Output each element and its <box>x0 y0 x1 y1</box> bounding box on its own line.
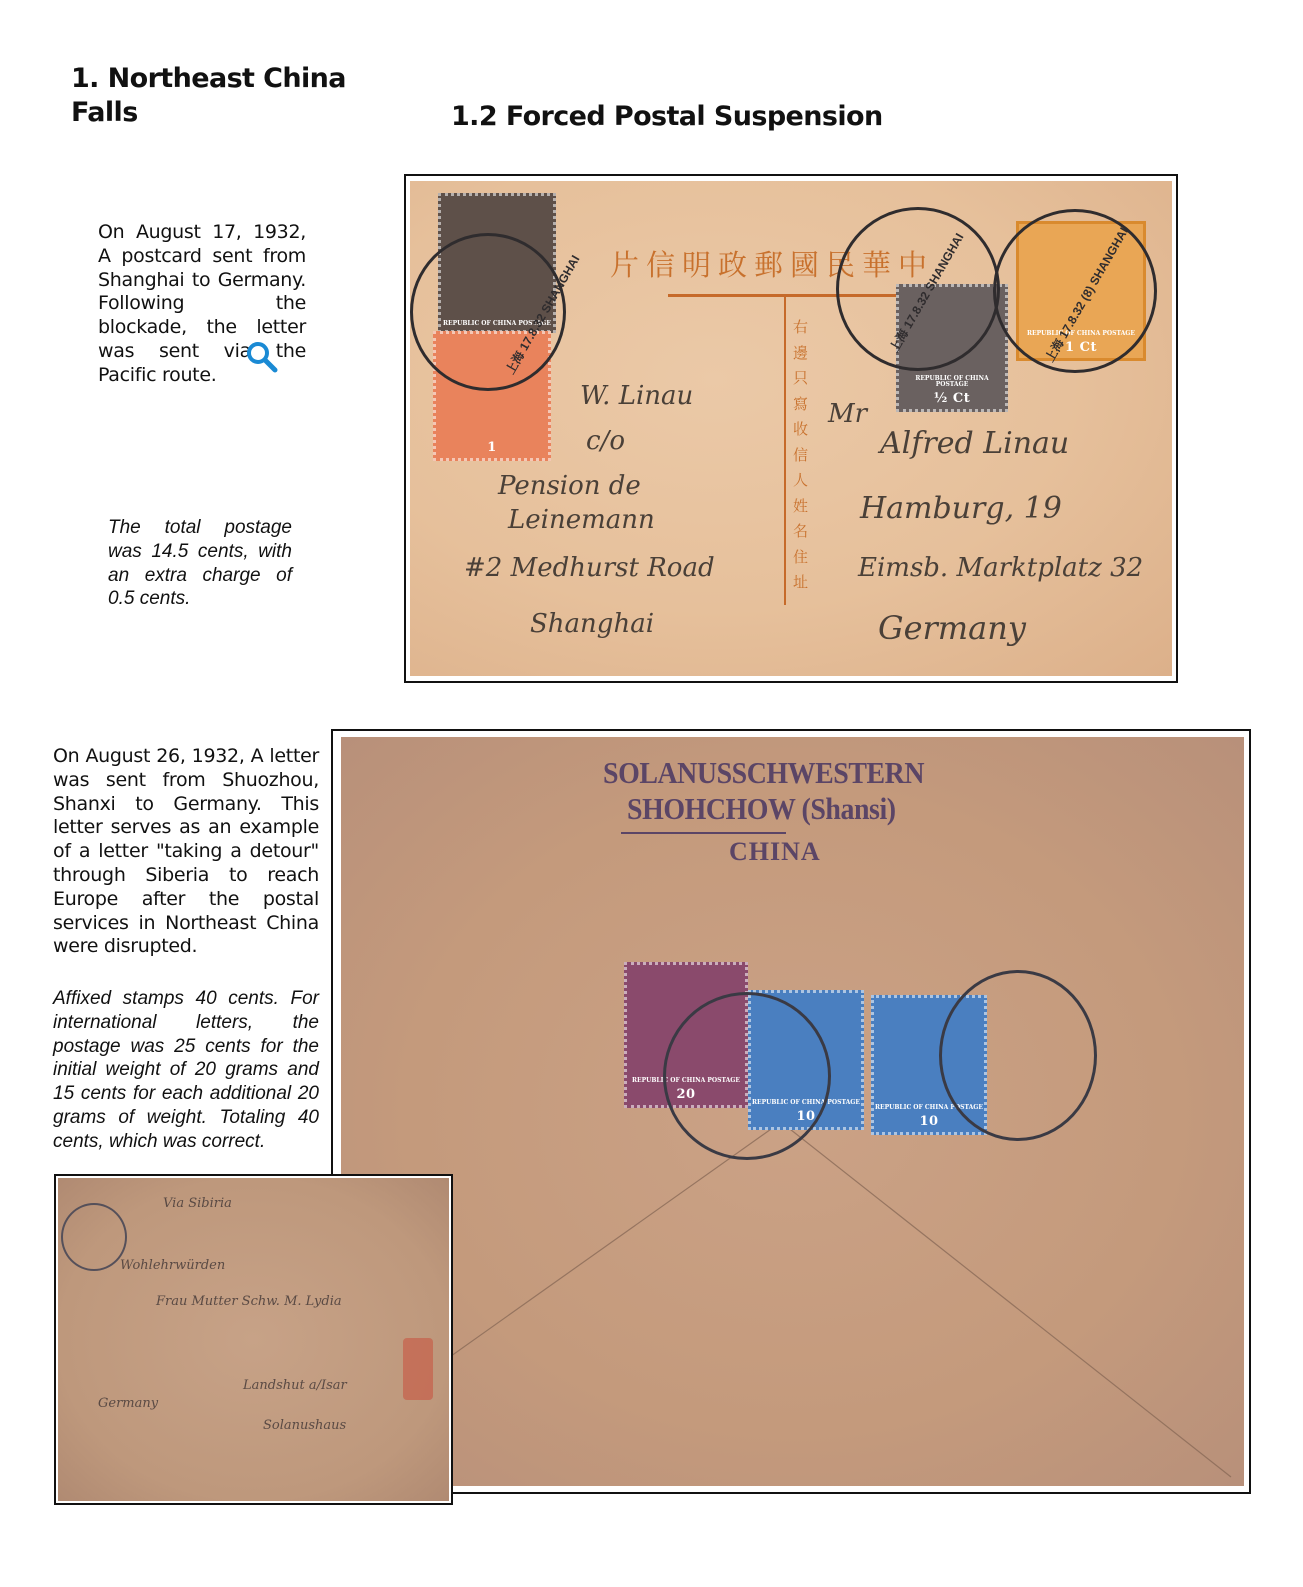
section-heading: 1. Northeast China Falls <box>71 62 346 130</box>
recipient-line: Alfred Linau <box>880 426 1069 461</box>
handstamp-line2: SHOHCHOW (Shansi) <box>627 791 896 827</box>
sender-line: Leinemann <box>508 505 655 535</box>
envelope-back-image[interactable]: SOLANUSSCHWESTERN SHOHCHOW (Shansi) CHIN… <box>341 737 1244 1486</box>
address-line: Landshut a/Isar <box>243 1378 347 1393</box>
sender-line: W. Linau <box>580 381 693 411</box>
letter-description: On August 26, 1932, A letter was sent fr… <box>53 745 319 959</box>
stamp-value: ½ Ct <box>934 391 970 409</box>
stamp-caption: REPUBLIC OF CHINA POSTAGE <box>899 376 1005 391</box>
section-heading-line1: 1. Northeast China <box>71 62 346 96</box>
postcard-postage-note: The total postage was 14.5 cents, with a… <box>108 516 292 611</box>
address-line: Germany <box>98 1396 158 1411</box>
postmark-text: 上海 17.8.32 SHANGHAI <box>885 230 967 355</box>
postcard-image[interactable]: 片信明政郵國民華中 右邊只寫收信人姓名住址 REPUBLIC OF CHINA … <box>410 181 1172 676</box>
recipient-line: Eimsb. Marktplatz 32 <box>858 553 1143 583</box>
handstamp-line1: SOLANUSSCHWESTERN <box>603 755 924 791</box>
postmark-circle <box>663 992 831 1160</box>
postcard-address-instruction: 右邊只寫收信人姓名住址 <box>793 315 811 596</box>
address-line: Frau Mutter Schw. M. Lydia <box>156 1294 342 1309</box>
section-heading-line2: Falls <box>71 96 346 130</box>
stamp-value: 10 <box>919 1114 938 1132</box>
postmark-shanghai: 上海 17.8.32 SHANGHAI <box>410 233 566 391</box>
handstamp-line3: CHINA <box>729 837 821 867</box>
recipient-line: Mr <box>828 399 867 429</box>
recipient-line: Hamburg, 19 <box>860 491 1062 526</box>
red-seal-chop <box>403 1338 433 1400</box>
subsection-heading: 1.2 Forced Postal Suspension <box>451 100 883 134</box>
postcard-rule-vertical <box>784 295 786 605</box>
sender-line: Pension de <box>498 471 641 501</box>
sender-line: #2 Medhurst Road <box>464 553 715 583</box>
letter-postage-note: Affixed stamps 40 cents. For internation… <box>53 987 319 1154</box>
envelope-front-image[interactable]: Via Sibiria Wohlehrwürden Frau Mutter Sc… <box>58 1178 449 1501</box>
address-line: Via Sibiria <box>163 1196 232 1211</box>
postmark-circle <box>939 970 1097 1141</box>
postmark-text: 上海 17.8.32 (8) SHANGHAI <box>1041 224 1132 365</box>
stamp-value: 1 <box>487 440 497 458</box>
postmark-text: 上海 17.8.32 SHANGHAI <box>501 252 583 377</box>
sender-line: Shanghai <box>530 609 654 639</box>
address-line: Solanushaus <box>263 1418 346 1433</box>
postmark-shanghai: 上海 17.8.32 (8) SHANGHAI <box>993 209 1157 373</box>
search-icon[interactable] <box>245 340 279 374</box>
handstamp-rule <box>621 832 786 834</box>
recipient-line: Germany <box>878 609 1026 647</box>
postmark-shanghai: 上海 17.8.32 SHANGHAI <box>836 207 1000 371</box>
sender-line: c/o <box>586 426 625 456</box>
postmark-circle <box>61 1203 127 1271</box>
address-line: Wohlehrwürden <box>120 1258 225 1273</box>
